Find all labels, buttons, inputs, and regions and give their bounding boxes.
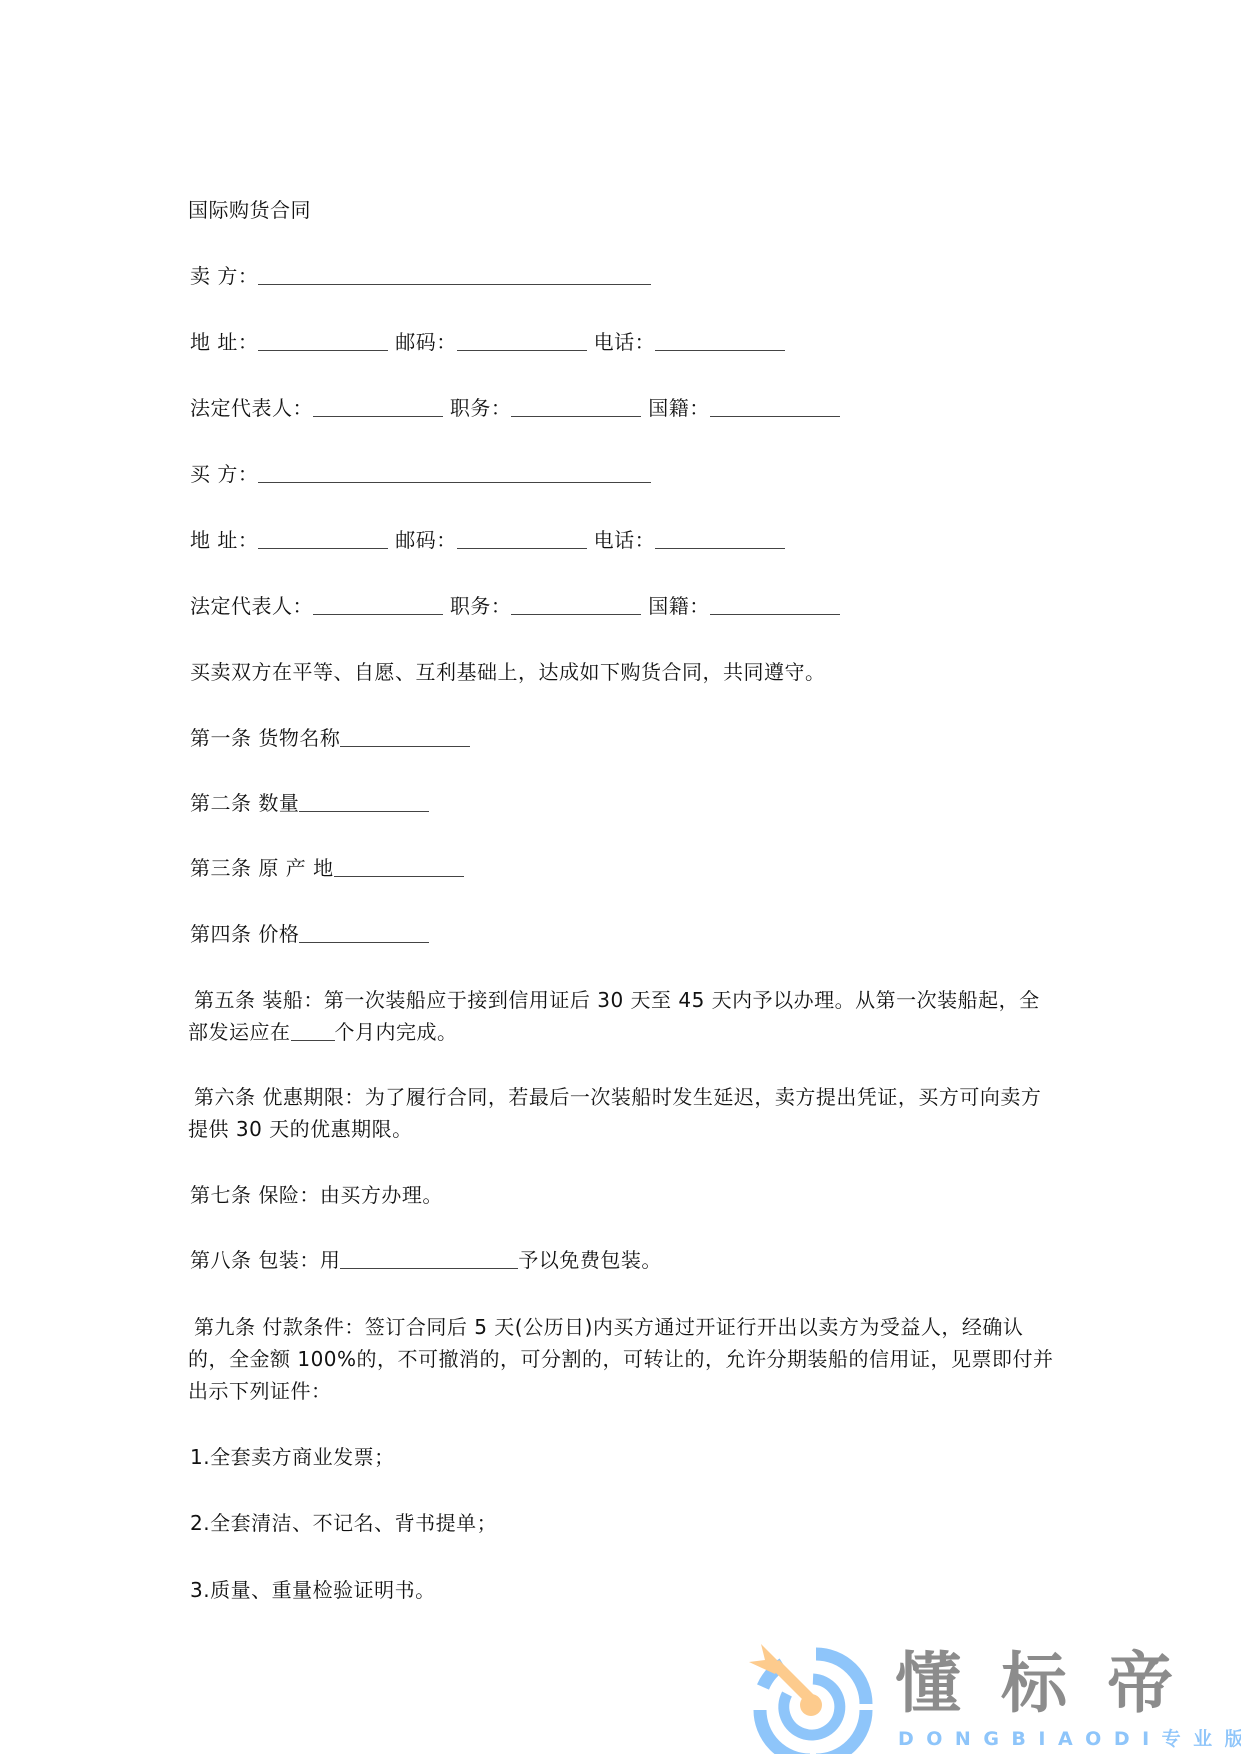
article-8: 第八条 包装：用予以免费包装。	[190, 1244, 662, 1276]
list-item-2: 2.全套清洁、不记名、背书提单；	[190, 1507, 497, 1539]
article-8-text-end: 予以免费包装。	[518, 1248, 662, 1272]
seller-phone-blank[interactable]	[655, 330, 785, 351]
buyer-address-blank[interactable]	[258, 528, 388, 549]
article-2: 第二条 数量	[190, 787, 429, 819]
buyer-position-blank[interactable]	[511, 594, 641, 615]
seller-nationality-label: 国籍：	[648, 396, 710, 420]
seller-nationality-blank[interactable]	[710, 396, 840, 417]
shipment-months-blank[interactable]	[291, 1020, 335, 1041]
seller-rep-line: 法定代表人： 职务： 国籍：	[190, 392, 840, 424]
article-5-text-end: 个月内完成。	[335, 1020, 458, 1044]
article-9: 第九条 付款条件：签订合同后 5 天(公历日)内买方通过开证行开出以卖方为受益人…	[188, 1311, 1058, 1407]
article-5: 第五条 装船：第一次装船应于接到信用证后 30 天至 45 天内予以办理。从第一…	[188, 984, 1058, 1048]
seller-line: 卖 方：	[190, 260, 651, 292]
goods-name-blank[interactable]	[340, 726, 470, 747]
seller-position-label: 职务：	[450, 396, 512, 420]
seller-postcode-blank[interactable]	[457, 330, 587, 351]
article-3: 第三条 原 产 地	[190, 852, 464, 884]
article-8-text: 第八条 包装：用	[190, 1248, 340, 1272]
buyer-rep-label: 法定代表人：	[190, 594, 313, 618]
buyer-rep-blank[interactable]	[313, 594, 443, 615]
buyer-line: 买 方：	[190, 458, 651, 490]
article-2-text: 第二条 数量	[190, 791, 299, 815]
document-title: 国际购货合同	[188, 194, 311, 226]
buyer-phone-blank[interactable]	[655, 528, 785, 549]
article-4-text: 第四条 价格	[190, 922, 299, 946]
article-1-text: 第一条 货物名称	[190, 726, 340, 750]
buyer-nationality-blank[interactable]	[710, 594, 840, 615]
seller-phone-label: 电话：	[594, 330, 656, 354]
buyer-position-label: 职务：	[450, 594, 512, 618]
list-item-3: 3.质量、重量检验证明书。	[190, 1574, 436, 1606]
article-3-text: 第三条 原 产 地	[190, 856, 334, 880]
price-blank[interactable]	[299, 922, 429, 943]
seller-label: 卖 方：	[190, 264, 258, 288]
article-4: 第四条 价格	[190, 918, 429, 950]
packing-blank[interactable]	[340, 1248, 518, 1269]
seller-address-blank[interactable]	[258, 330, 388, 351]
seller-position-blank[interactable]	[511, 396, 641, 417]
buyer-blank[interactable]	[258, 462, 651, 483]
buyer-postcode-label: 邮码：	[395, 528, 457, 552]
buyer-label: 买 方：	[190, 462, 258, 486]
article-6: 第六条 优惠期限：为了履行合同，若最后一次装船时发生延迟，卖方提出凭证，买方可向…	[188, 1081, 1058, 1145]
origin-blank[interactable]	[334, 856, 464, 877]
article-9-text: 第九条 付款条件：签订合同后 5 天(公历日)内买方通过开证行开出以卖方为受益人…	[188, 1315, 1054, 1403]
buyer-phone-label: 电话：	[594, 528, 656, 552]
watermark-logo: 懂标帝 DONGBIAODI专业版	[745, 1632, 1215, 1754]
seller-blank[interactable]	[258, 264, 651, 285]
buyer-nationality-label: 国籍：	[648, 594, 710, 618]
seller-contact-line: 地 址： 邮码： 电话：	[190, 326, 785, 358]
buyer-postcode-blank[interactable]	[457, 528, 587, 549]
watermark-name: 懂标帝	[895, 1646, 1213, 1722]
article-7: 第七条 保险：由买方办理。	[190, 1179, 443, 1211]
buyer-address-label: 地 址：	[190, 528, 258, 552]
article-6-text: 第六条 优惠期限：为了履行合同，若最后一次装船时发生延迟，卖方提出凭证，买方可向…	[188, 1085, 1041, 1141]
seller-rep-label: 法定代表人：	[190, 396, 313, 420]
watermark-subtitle: DONGBIAODI专业版	[898, 1726, 1241, 1752]
article-1: 第一条 货物名称	[190, 722, 470, 754]
document-page: 国际购货合同 卖 方： 地 址： 邮码： 电话： 法定代表人： 职务： 国籍： …	[0, 0, 1241, 1754]
buyer-contact-line: 地 址： 邮码： 电话：	[190, 524, 785, 556]
quantity-blank[interactable]	[299, 791, 429, 812]
seller-rep-blank[interactable]	[313, 396, 443, 417]
buyer-rep-line: 法定代表人： 职务： 国籍：	[190, 590, 840, 622]
seller-address-label: 地 址：	[190, 330, 258, 354]
seller-postcode-label: 邮码：	[395, 330, 457, 354]
preamble: 买卖双方在平等、自愿、互利基础上，达成如下购货合同，共同遵守。	[190, 656, 826, 688]
target-arrow-icon	[745, 1642, 875, 1754]
list-item-1: 1.全套卖方商业发票；	[190, 1441, 395, 1473]
